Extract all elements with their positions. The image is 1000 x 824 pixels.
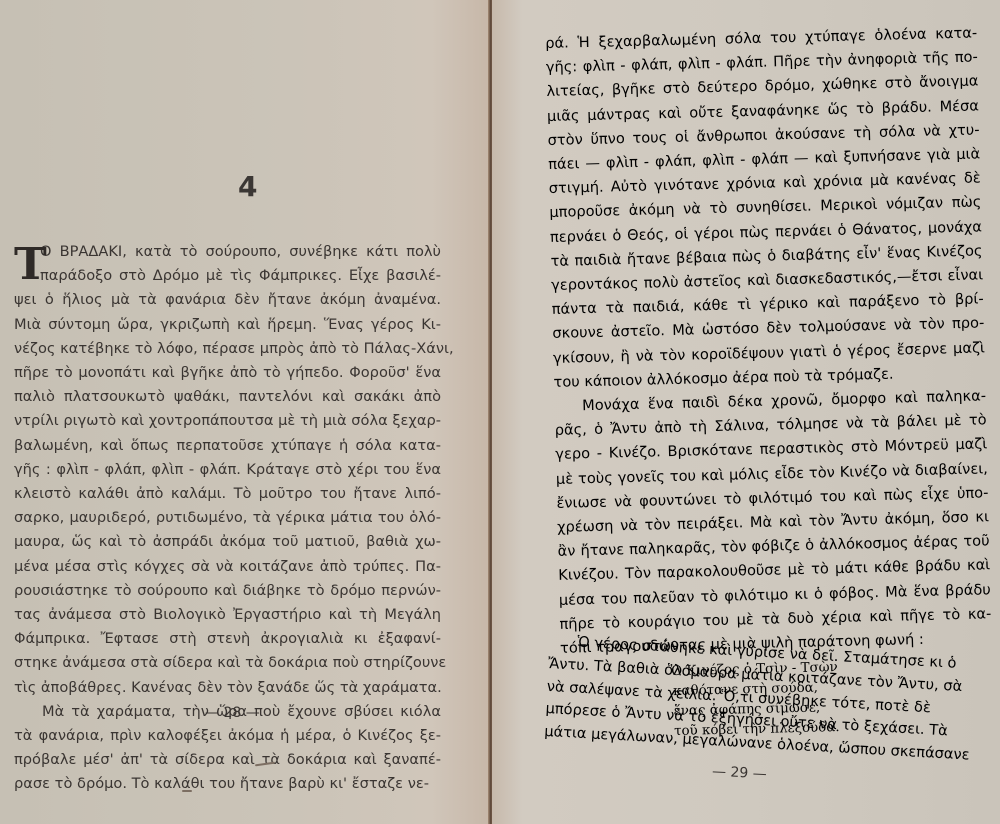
text-line: στηκε ἀνάμεσα στὰ σίδερα καὶ τὰ δοκάρια … — [14, 651, 441, 675]
text-line: μαυρα, ὥς καὶ τὸ ἀσπράδι ἀκόμα τοῦ ματιο… — [14, 530, 441, 554]
text-line: ρουσιάστηκε τὸ σούρουπο καὶ διάβηκε τὸ δ… — [14, 579, 441, 603]
text-line: ρασε τὸ δρόμο. Τὸ καλάθι του ἤτανε βαρὺ … — [14, 772, 441, 796]
text-line: Ο ΒΡΑΔΑΚΙ, κατὰ τὸ σούρουπο, συνέβηκε κά… — [14, 240, 441, 264]
text-line: ψει ὁ ἥλιος μὰ τὰ φανάρια δὲν ἤτανε ἀκόμ… — [14, 288, 441, 312]
chapter-number: 4 — [238, 170, 257, 203]
right-page-closing-text: Ὁ γέρος στάθηκε καὶ γύρισε νὰ δεῖ. Σταμά… — [544, 630, 986, 768]
drop-cap: Τ — [14, 243, 47, 287]
text-line: τὶς ἀποβάθρες. Κανένας δὲν τὸν ξανάδε ὥς… — [14, 676, 441, 700]
page-number: — 28 — — [205, 705, 260, 721]
paragraph: Μονάχα ἕνα παιδὶ δέκα χρονῶ, ὄμορφο καὶ … — [554, 384, 992, 661]
text-line: κλειστὸ καλάθι ἀπὸ καλάμι. Τὸ μοῦτρο του… — [14, 482, 441, 506]
text-line: πρόβαλε μέσ' ἀπ' τὰ σίδερα καὶ τὰ δοκάρι… — [14, 748, 441, 772]
text-line: νέζος κατέβηκε τὸ λόφο, πέρασε μπρὸς ἀπὸ… — [14, 337, 441, 361]
text-line: τὰ φανάρια, πρὶν καλοφέξει ἀκόμα ἡ μέρα,… — [14, 724, 441, 748]
text-line: Μιὰ σύντομη ὥρα, γκριζωπὴ καὶ ἥρεμη. Ἕνα… — [14, 313, 441, 337]
text-line: Φάμπρικα. Ἔφτασε στὴ στενὴ ἀκρογιαλιὰ κι… — [14, 627, 441, 651]
book-spread: 4 Τ Ο ΒΡΑΔΑΚΙ, κατὰ τὸ σούρουπο, συνέβηκ… — [0, 0, 1000, 824]
text-line: σαρκο, μαυριδερό, ρυτιδωμένο, τὰ γέρικα … — [14, 506, 441, 530]
text-line: παράδοξο στὸ Δρόμο μὲ τὶς Φάμπρικες. Εἶχ… — [14, 264, 441, 288]
paper-mark — [182, 790, 192, 792]
text-line: τας ἀνάμεσα στὸ Βιολογικὸ Ἐργαστήριο καὶ… — [14, 603, 441, 627]
text-line: παλιὸ πλατσουκωτὸ ψαθάκι, παντελόνι καὶ … — [14, 385, 441, 409]
page-number: — 29 — — [712, 764, 767, 783]
paragraph: ρά. Ἡ ξεχαρβαλωμένη σόλα του χτύπαγε ὁλο… — [545, 21, 986, 394]
text-line: βαλωμένη, καὶ ὅπως περπατοῦσε χτύπαγε ἡ … — [14, 434, 441, 458]
paragraph: Ο ΒΡΑΔΑΚΙ, κατὰ τὸ σούρουπο, συνέβηκε κά… — [14, 240, 441, 700]
left-page: 4 Τ Ο ΒΡΑΔΑΚΙ, κατὰ τὸ σούρουπο, συνέβηκ… — [0, 0, 490, 824]
text-line: ντρίλι ριγωτὸ καὶ χοντροπάπουτσα μὲ τὴ μ… — [14, 409, 441, 433]
text-line: πῆρε τὸ μονοπάτι καὶ βγῆκε ἀπὸ τὸ γήπεδο… — [14, 361, 441, 385]
text-line: γῆς : φλὶπ - φλάπ, φλὶπ - φλάπ. Κράταγε … — [14, 458, 441, 482]
text-line: μένα μέσα στὶς κόγχες σὰ νὰ κοιτάζανε ἀπ… — [14, 555, 441, 579]
